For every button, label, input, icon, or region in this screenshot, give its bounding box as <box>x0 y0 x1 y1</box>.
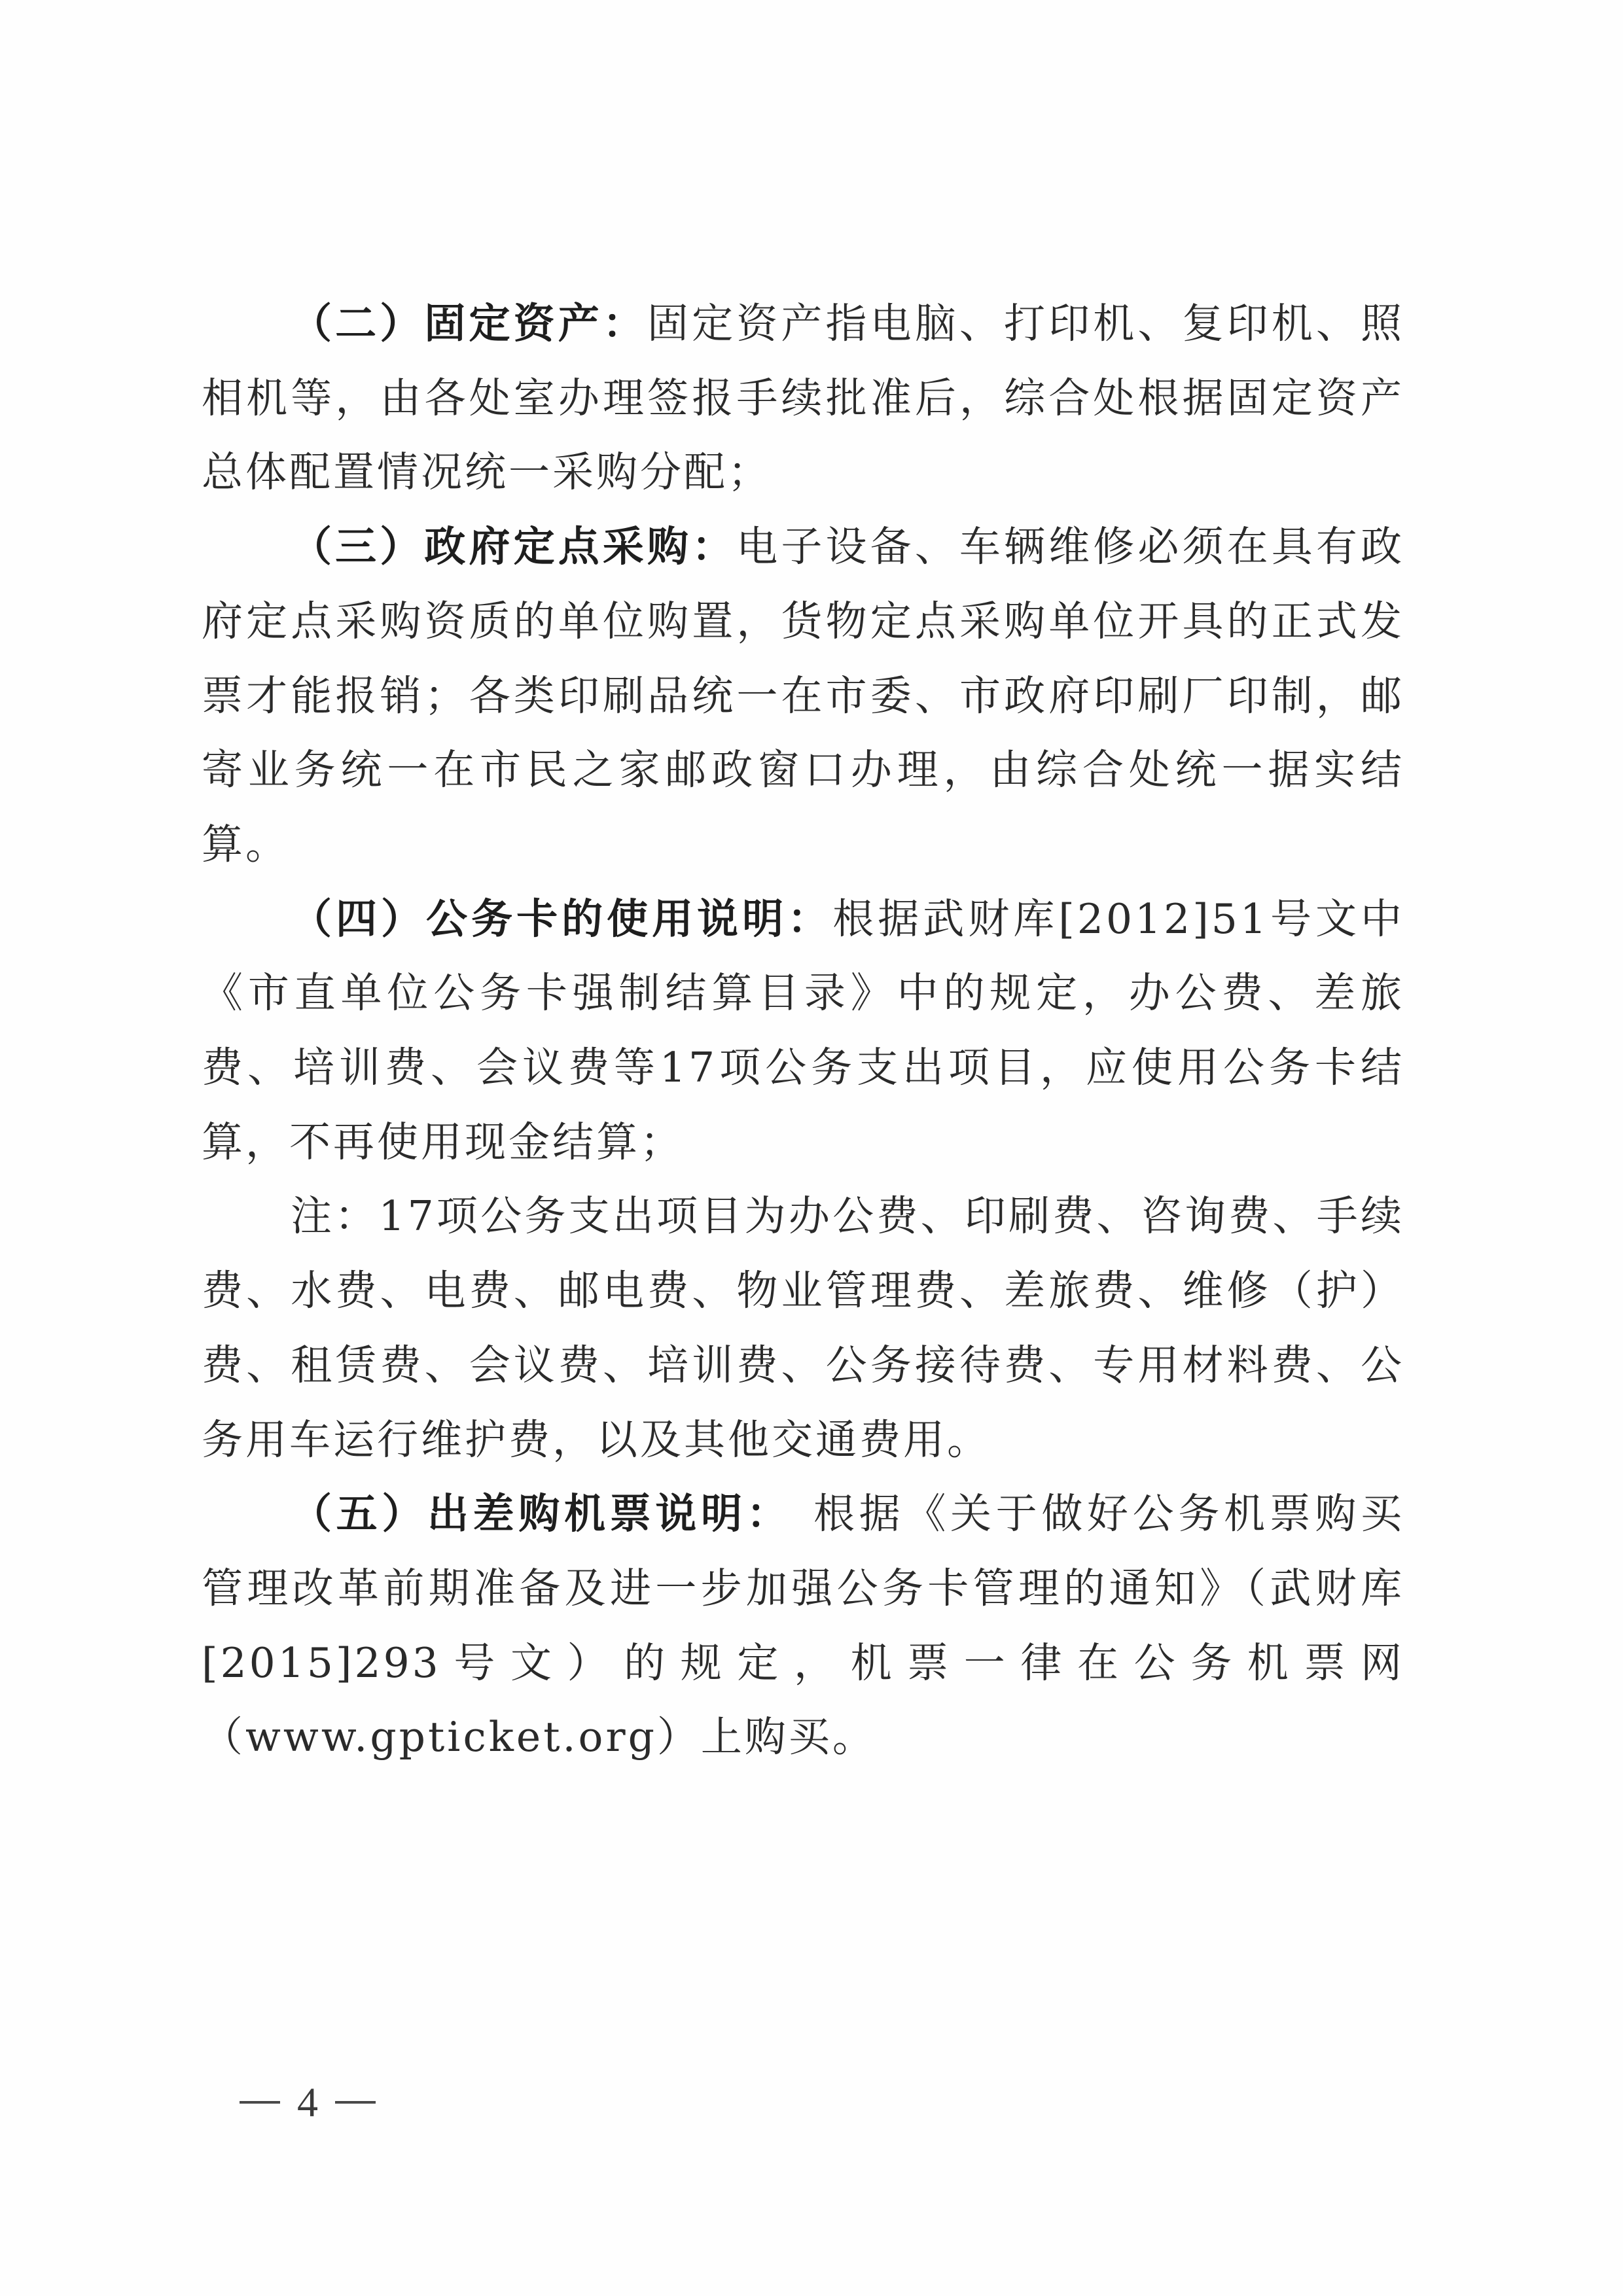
paragraph-note: 注：17项公务支出项目为办公费、印刷费、咨询费、手续费、水费、电费、邮电费、物业… <box>202 1179 1404 1477</box>
paragraph-fixed-assets: （二）固定资产：固定资产指电脑、打印机、复印机、照相机等，由各处室办理签报手续批… <box>202 287 1404 510</box>
section-heading-government-procurement: （三）政府定点采购： <box>291 522 736 571</box>
paragraph-government-procurement: （三）政府定点采购：电子设备、车辆维修必须在具有政府定点采购资质的单位购置，货物… <box>202 510 1404 882</box>
paragraph-text: 电子设备、车辆维修必须在具有政府定点采购资质的单位购置，货物定点采购单位开具的正… <box>202 523 1404 868</box>
paragraph-air-tickets: （五）出差购机票说明：根据《关于做好公务机票购买管理改革前期准备及进一步加强公务… <box>202 1477 1404 1775</box>
section-heading-air-tickets: （五）出差购机票说明： <box>291 1489 792 1538</box>
paragraph-text: 注：17项公务支出项目为办公费、印刷费、咨询费、手续费、水费、电费、邮电费、物业… <box>202 1192 1404 1463</box>
page-number-left-dash <box>240 2101 280 2104</box>
document-page: （二）固定资产：固定资产指电脑、打印机、复印机、照相机等，由各处室办理签报手续批… <box>0 0 1623 2296</box>
page-number: 4 <box>240 2079 376 2125</box>
document-body: （二）固定资产：固定资产指电脑、打印机、复印机、照相机等，由各处室办理签报手续批… <box>202 287 1404 1775</box>
section-heading-fixed-assets: （二）固定资产： <box>291 299 647 347</box>
paragraph-official-card: （四）公务卡的使用说明：根据武财库[2012]51号文中《市直单位公务卡强制结算… <box>202 882 1404 1180</box>
section-heading-official-card: （四）公务卡的使用说明： <box>291 894 832 943</box>
page-number-right-dash <box>335 2101 376 2104</box>
page-number-value: 4 <box>297 2078 318 2127</box>
